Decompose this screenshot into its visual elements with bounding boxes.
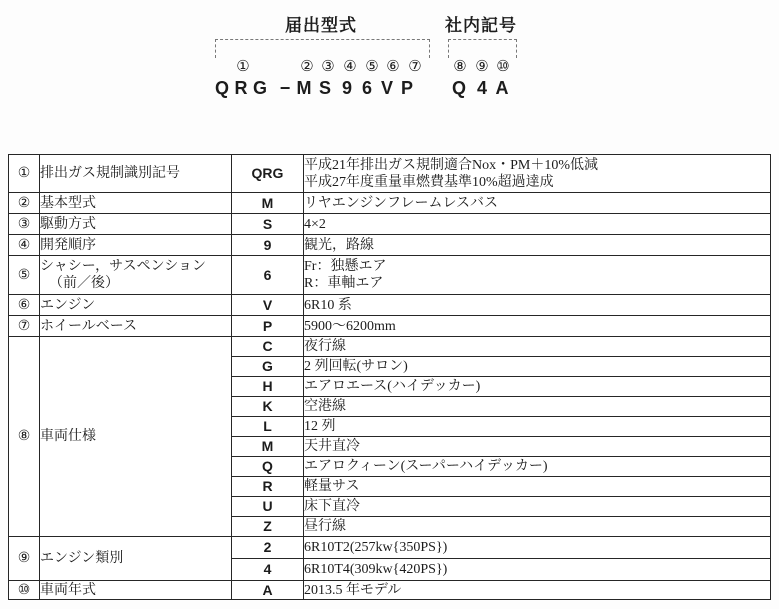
code-hyphen: − xyxy=(280,79,291,98)
table-row: ⑥ エンジン V 6R10 系 xyxy=(9,295,771,316)
cell-desc: 天井直冷 xyxy=(304,437,771,457)
cell-code: V xyxy=(232,295,304,316)
code-char: R xyxy=(235,79,248,98)
cell-code: L xyxy=(232,417,304,437)
cell-desc: 昼行線 xyxy=(304,517,771,537)
code-char: 6 xyxy=(362,79,372,98)
table-row: ⑧ 車両仕様 C 夜行線 xyxy=(9,337,771,357)
spec-table: ① 排出ガス規制識別記号 QRG 平成21年排出ガス規制適合Nox・PM＋10%… xyxy=(8,154,771,600)
circled-number-5: ⑤ xyxy=(365,59,378,75)
circled-number-2: ② xyxy=(300,59,313,75)
cell-desc: 5900～6200mm xyxy=(304,316,771,337)
cell-code: Z xyxy=(232,517,304,537)
cell-code: S xyxy=(232,214,304,235)
code-char: M xyxy=(297,79,312,98)
notification-model-label: 届出型式 xyxy=(285,11,357,36)
cell-no: ① xyxy=(9,155,40,193)
cell-desc: リヤエンジンフレームレスバス xyxy=(304,193,771,214)
cell-desc: 観光，路線 xyxy=(304,235,771,256)
label-line: シャシー，サスペンション xyxy=(40,258,231,275)
table-row: ① 排出ガス規制識別記号 QRG 平成21年排出ガス規制適合Nox・PM＋10%… xyxy=(9,155,771,193)
cell-no: ⑩ xyxy=(9,581,40,600)
cell-desc: エアロエース(ハイデッカー) xyxy=(304,377,771,397)
cell-code: 2 xyxy=(232,537,304,559)
cell-desc: 空港線 xyxy=(304,397,771,417)
table-row: ⑨ エンジン類別 2 6R10T2(257kw{350PS}) xyxy=(9,537,771,559)
cell-no: ④ xyxy=(9,235,40,256)
cell-no: ⑦ xyxy=(9,316,40,337)
code-char: Q xyxy=(215,79,229,98)
cell-label: 車両仕様 xyxy=(40,337,232,537)
circled-number-9: ⑨ xyxy=(475,59,488,75)
table-row: ③ 駆動方式 S 4×2 xyxy=(9,214,771,235)
cell-no: ⑥ xyxy=(9,295,40,316)
cell-label: 開発順序 xyxy=(40,235,232,256)
cell-no: ③ xyxy=(9,214,40,235)
cell-code: 6 xyxy=(232,256,304,295)
internal-code-label: 社内記号 xyxy=(445,11,517,36)
code-char: S xyxy=(319,79,331,98)
code-char: V xyxy=(381,79,393,98)
cell-code: 9 xyxy=(232,235,304,256)
cell-desc: 軽量サス xyxy=(304,477,771,497)
cell-label: 基本型式 xyxy=(40,193,232,214)
circled-number-1: ① xyxy=(236,59,249,75)
cell-code: QRG xyxy=(232,155,304,193)
table-row: ⑩ 車両年式 A 2013.5 年モデル xyxy=(9,581,771,600)
cell-no: ⑨ xyxy=(9,537,40,581)
cell-desc: エアロクィーン(スーパーハイデッカー) xyxy=(304,457,771,477)
cell-code: G xyxy=(232,357,304,377)
desc-line: R：車軸エア xyxy=(304,275,770,292)
circled-number-7: ⑦ xyxy=(408,59,421,75)
cell-code: P xyxy=(232,316,304,337)
code-char: Q xyxy=(452,79,466,98)
cell-code: 4 xyxy=(232,559,304,581)
cell-desc: 床下直冷 xyxy=(304,497,771,517)
cell-code: H xyxy=(232,377,304,397)
cell-label: 排出ガス規制識別記号 xyxy=(40,155,232,193)
cell-code: M xyxy=(232,437,304,457)
code-char: P xyxy=(401,79,413,98)
cell-desc: 4×2 xyxy=(304,214,771,235)
table-row: ④ 開発順序 9 観光，路線 xyxy=(9,235,771,256)
cell-desc: 12 列 xyxy=(304,417,771,437)
circled-number-8: ⑧ xyxy=(453,59,466,75)
code-char: G xyxy=(253,79,267,98)
cell-code: A xyxy=(232,581,304,600)
code-char: A xyxy=(496,79,509,98)
cell-label: エンジン xyxy=(40,295,232,316)
cell-desc: 夜行線 xyxy=(304,337,771,357)
label-line: （前／後） xyxy=(40,275,231,292)
cell-code: K xyxy=(232,397,304,417)
cell-label: ホイールベース xyxy=(40,316,232,337)
cell-desc: 2013.5 年モデル xyxy=(304,581,771,600)
cell-code: M xyxy=(232,193,304,214)
table-row: ⑤ シャシー，サスペンション （前／後） 6 Fr：独懸エア R：車軸エア xyxy=(9,256,771,295)
cell-desc: 6R10 系 xyxy=(304,295,771,316)
desc-line: Fr：独懸エア xyxy=(304,258,770,275)
notification-model-bracket xyxy=(215,39,430,58)
cell-code: C xyxy=(232,337,304,357)
cell-desc: Fr：独懸エア R：車軸エア xyxy=(304,256,771,295)
cell-desc: 6R10T2(257kw{350PS}) xyxy=(304,537,771,559)
table-row: ⑦ ホイールベース P 5900～6200mm xyxy=(9,316,771,337)
circled-number-3: ③ xyxy=(321,59,334,75)
internal-code-bracket xyxy=(448,39,517,58)
table-row: ② 基本型式 M リヤエンジンフレームレスバス xyxy=(9,193,771,214)
desc-line: 平成27年度重量車燃費基準10%超過達成 xyxy=(304,174,770,191)
cell-no: ⑤ xyxy=(9,256,40,295)
cell-desc: 6R10T4(309kw{420PS}) xyxy=(304,559,771,581)
desc-line: 平成21年排出ガス規制適合Nox・PM＋10%低減 xyxy=(304,157,770,174)
cell-code: U xyxy=(232,497,304,517)
code-char: 4 xyxy=(477,79,487,98)
cell-label: 車両年式 xyxy=(40,581,232,600)
circled-number-4: ④ xyxy=(343,59,356,75)
cell-label: エンジン類別 xyxy=(40,537,232,581)
cell-no: ⑧ xyxy=(9,337,40,537)
code-breakdown-diagram: 届出型式 社内記号 ① ② ③ ④ ⑤ ⑥ ⑦ ⑧ ⑨ ⑩ Q R G − M … xyxy=(0,0,779,150)
circled-number-6: ⑥ xyxy=(386,59,399,75)
cell-desc: 平成21年排出ガス規制適合Nox・PM＋10%低減 平成27年度重量車燃費基準1… xyxy=(304,155,771,193)
code-char: 9 xyxy=(342,79,352,98)
cell-desc: 2 列回転(サロン) xyxy=(304,357,771,377)
cell-code: Q xyxy=(232,457,304,477)
cell-no: ② xyxy=(9,193,40,214)
circled-number-10: ⑩ xyxy=(496,59,509,75)
cell-label: 駆動方式 xyxy=(40,214,232,235)
cell-label: シャシー，サスペンション （前／後） xyxy=(40,256,232,295)
cell-code: R xyxy=(232,477,304,497)
